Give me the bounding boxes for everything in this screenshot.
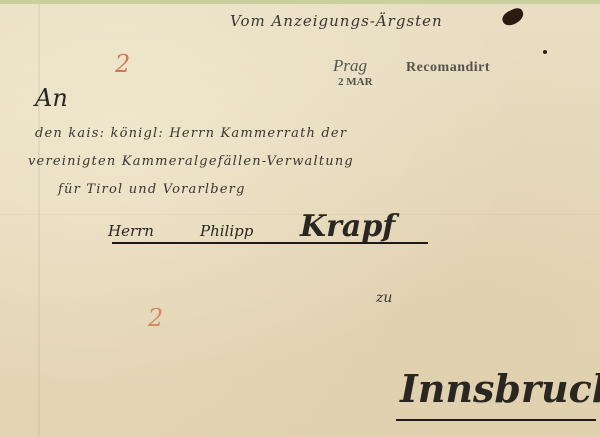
salutation: An [35, 84, 68, 112]
destination-underline [396, 419, 596, 421]
recipient-surname: Krapf [300, 209, 395, 244]
ink-dot [543, 50, 547, 54]
recipient-underline [112, 242, 428, 244]
red-numeral-mark: 2 [115, 50, 130, 78]
postmark-city: Prag [333, 56, 367, 76]
header-note: Vom Anzeigungs-Ärgsten [230, 12, 443, 30]
registered-stamp: Recomandirt [406, 60, 490, 76]
letter-paper: Vom Anzeigungs-Ärgsten Prag 2 MAR Recoma… [0, 4, 600, 437]
postmark-date: 2 MAR [338, 76, 373, 88]
red-numeral-mark-bottom: 2 [148, 304, 163, 332]
recipient-first-name: Philipp [200, 222, 253, 240]
recipient-title: Herrn [108, 222, 154, 240]
ink-blot [500, 6, 526, 28]
paper-crease [38, 4, 40, 437]
destination-city: Innsbruck [400, 366, 600, 411]
address-line-1: den kais: königl: Herrn Kammerrath der [35, 126, 347, 141]
address-line-3: für Tirol und Vorarlberg [58, 182, 246, 197]
address-line-2: vereinigten Kammeralgefällen-Verwaltung [28, 154, 354, 169]
preposition: zu [376, 290, 392, 306]
